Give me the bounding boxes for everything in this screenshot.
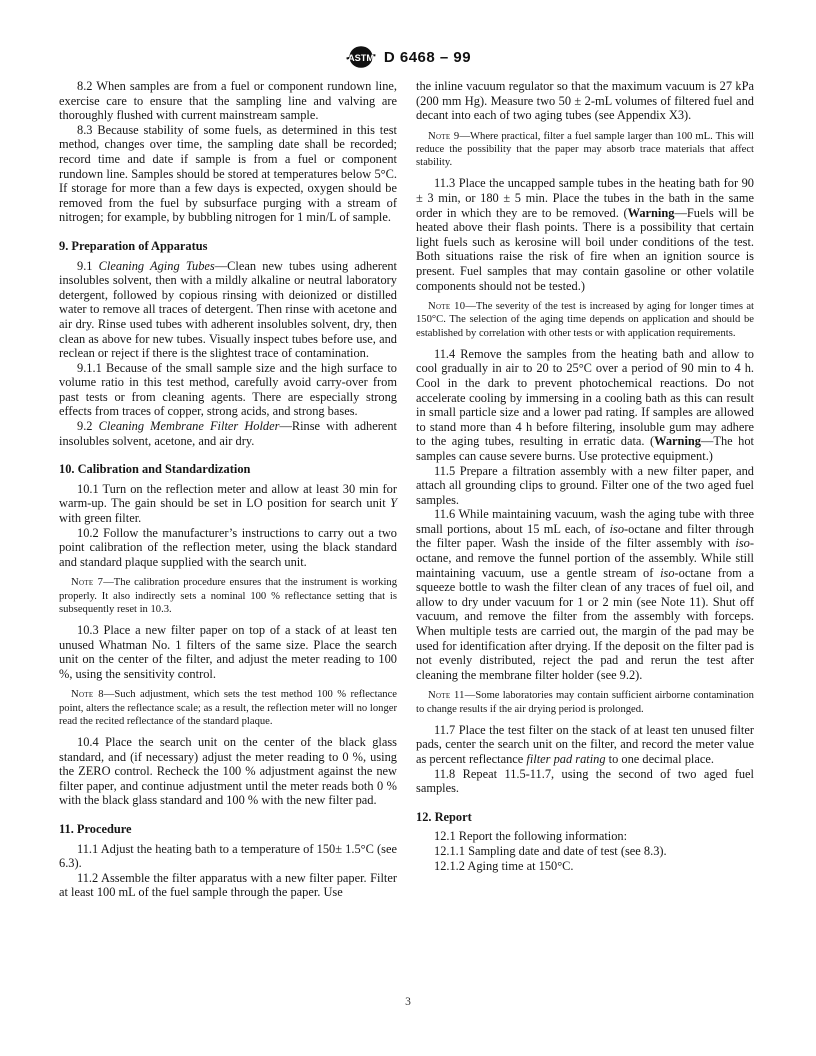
body-paragraph: 9.1 Cleaning Aging Tubes—Clean new tubes…	[59, 259, 397, 361]
body-paragraph: 8.3 Because stability of some fuels, as …	[59, 123, 397, 225]
body-paragraph: 11.5 Prepare a filtration assembly with …	[416, 464, 754, 508]
right-column: the inline vacuum regulator so that the …	[416, 79, 754, 900]
body-paragraph: 11.7 Place the test filter on the stack …	[416, 723, 754, 767]
body-paragraph: 11.8 Repeat 11.5-11.7, using the second …	[416, 767, 754, 796]
body-paragraph: 10.3 Place a new filter paper on top of …	[59, 623, 397, 681]
italic-text: iso	[610, 522, 624, 536]
body-paragraph: 11.1 Adjust the heating bath to a temper…	[59, 842, 397, 871]
italic-text: Cleaning Membrane Filter Holder	[99, 419, 280, 433]
bold-text: Warning	[628, 206, 675, 220]
left-column: 8.2 When samples are from a fuel or comp…	[59, 79, 397, 900]
body-paragraph: 12.1.2 Aging time at 150°C.	[416, 859, 754, 874]
body-paragraph: 11.3 Place the uncapped sample tubes in …	[416, 176, 754, 293]
note-paragraph: Note 8—Such adjustment, which sets the t…	[59, 688, 397, 728]
body-paragraph: the inline vacuum regulator so that the …	[416, 79, 754, 123]
page-number: 3	[405, 996, 411, 1008]
document-header: ASTM D 6468 – 99	[59, 44, 757, 70]
note-label: Note 11	[428, 690, 465, 701]
section-heading: 12. Report	[416, 810, 754, 825]
note-label: Note 10	[428, 301, 465, 312]
note-label: Note 8	[71, 689, 104, 700]
document-page: ASTM D 6468 – 99 8.2 When samples are fr…	[0, 0, 816, 1056]
body-paragraph: 9.1.1 Because of the small sample size a…	[59, 361, 397, 419]
document-code: D 6468 – 99	[384, 49, 471, 66]
body-paragraph: 11.2 Assemble the filter apparatus with …	[59, 871, 397, 900]
document-footer: 3	[0, 996, 816, 1008]
body-paragraph: 11.6 While maintaining vacuum, wash the …	[416, 507, 754, 682]
section-heading: 11. Procedure	[59, 822, 397, 837]
body-paragraph: 10.2 Follow the manufacturer’s instructi…	[59, 526, 397, 570]
body-paragraph: 12.1.1 Sampling date and date of test (s…	[416, 844, 754, 859]
note-paragraph: Note 10—The severity of the test is incr…	[416, 300, 754, 340]
italic-text: Cleaning Aging Tubes	[99, 259, 215, 273]
italic-text: iso	[735, 536, 749, 550]
body-paragraph: 12.1 Report the following information:	[416, 829, 754, 844]
bold-text: Warning	[654, 434, 701, 448]
section-heading: 10. Calibration and Standardization	[59, 462, 397, 477]
section-heading: 9. Preparation of Apparatus	[59, 239, 397, 254]
body-paragraph: 11.4 Remove the samples from the heating…	[416, 347, 754, 464]
astm-logo-icon: ASTM	[345, 45, 377, 69]
body-paragraph: 10.1 Turn on the reflection meter and al…	[59, 482, 397, 526]
italic-text: Y	[390, 496, 397, 510]
astm-logo-text: ASTM	[348, 53, 374, 63]
note-label: Note 9	[428, 131, 459, 142]
note-paragraph: Note 7—The calibration procedure ensures…	[59, 576, 397, 616]
italic-text: filter pad rating	[526, 752, 605, 766]
italic-text: iso	[660, 566, 674, 580]
body-paragraph: 10.4 Place the search unit on the center…	[59, 735, 397, 808]
body-paragraph: 9.2 Cleaning Membrane Filter Holder—Rins…	[59, 419, 397, 448]
note-label: Note 7	[71, 577, 103, 588]
note-paragraph: Note 9—Where practical, filter a fuel sa…	[416, 130, 754, 170]
body-paragraph: 8.2 When samples are from a fuel or comp…	[59, 79, 397, 123]
note-paragraph: Note 11—Some laboratories may contain su…	[416, 689, 754, 715]
two-column-body: 8.2 When samples are from a fuel or comp…	[59, 79, 757, 900]
